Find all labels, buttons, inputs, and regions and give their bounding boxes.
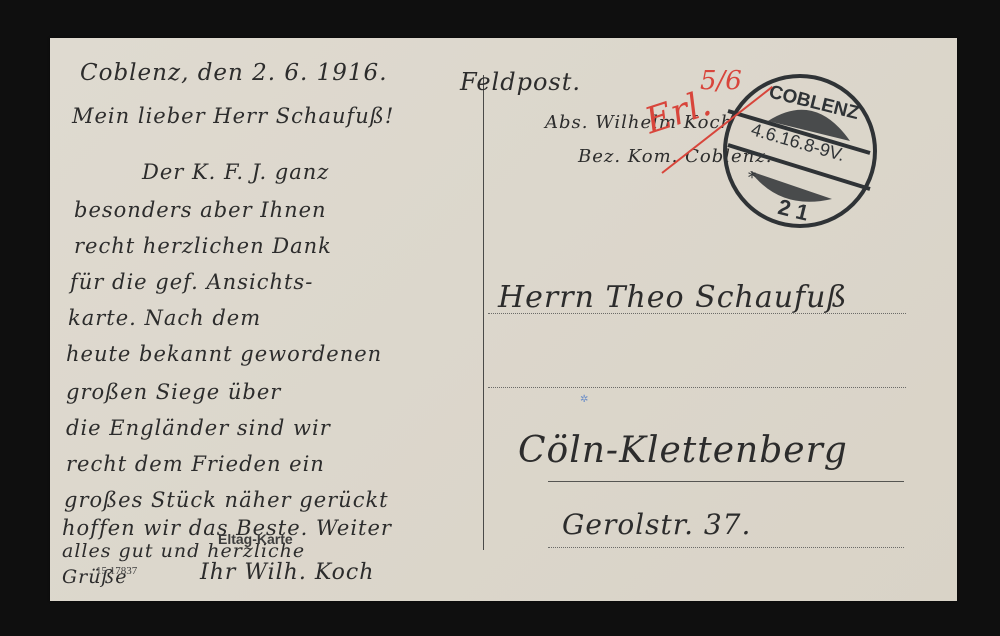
message-line: recht herzlichen Dank [74, 234, 332, 258]
message-line: die Engländer sind wir [66, 416, 331, 440]
message-line: karte. Nach dem [68, 306, 261, 330]
address-line-1 [488, 313, 906, 314]
message-salutation: Mein lieber Herr Schaufuß! [72, 104, 394, 128]
postcard: Coblenz, den 2. 6. 1916. Mein lieber Her… [50, 38, 957, 601]
address-line-4 [548, 547, 904, 548]
message-line: besonders aber Ihnen [74, 198, 327, 222]
message-line: Der K. F. J. ganz [142, 160, 329, 184]
address-line-2 [488, 387, 906, 388]
recipient-name: Herrn Theo Schaufuß [498, 280, 847, 315]
address-line-3 [548, 481, 904, 482]
catalog-number: 15.17837 [96, 565, 137, 577]
svg-text:*: * [748, 168, 756, 187]
postmark-stamp: COBLENZ 4.6.16.8-9V. * 2 1 [720, 71, 880, 235]
recipient-street: Gerolstr. 37. [562, 508, 751, 541]
message-line: heute bekannt gewordenen [66, 342, 382, 366]
blue-ink-mark: ✲ [580, 394, 588, 405]
message-date-header: Coblenz, den 2. 6. 1916. [80, 60, 388, 86]
message-line: großen Siege über [66, 380, 281, 404]
center-divider-line [483, 75, 484, 550]
recipient-city: Cöln-Klettenberg [518, 430, 848, 471]
publisher-imprint: Eltag-Karte [218, 531, 293, 547]
red-annotation-fraction: 5/6 [700, 66, 742, 96]
feldpost-label: Feldpost. [460, 68, 581, 96]
message-line: großes Stück näher gerückt [64, 488, 389, 512]
message-line: für die gef. Ansichts- [70, 270, 313, 294]
signature: Ihr Wilh. Koch [200, 560, 374, 585]
postmark-circle-icon: COBLENZ 4.6.16.8-9V. * 2 1 [720, 71, 880, 231]
message-line: recht dem Frieden ein [66, 452, 325, 476]
